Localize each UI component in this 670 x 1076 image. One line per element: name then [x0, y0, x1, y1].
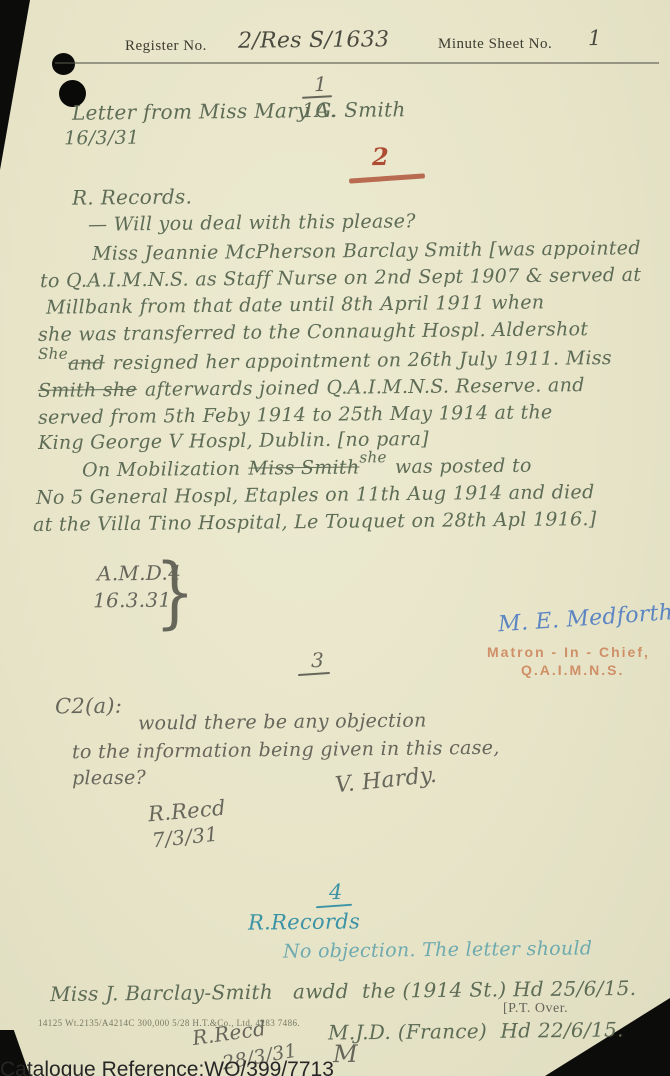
struck-word: Miss Smith — [248, 456, 359, 479]
pt-over-note: [P.T. Over. — [503, 1001, 568, 1017]
minute-sheet-value: 1 — [588, 26, 602, 50]
header-rule — [55, 62, 659, 64]
para-text: afterwards joined Q.A.I.M.N.S. Reserve. … — [145, 374, 585, 401]
minute-3-ref: C2(a): — [55, 694, 122, 719]
minute-3-question-line: to the information being given in this c… — [72, 737, 500, 763]
minute-2-question: — Will you deal with this please? — [88, 210, 416, 235]
minute-1-number: 1 — [314, 72, 327, 96]
brace-mark: } — [155, 548, 195, 638]
minute-2-para-line: On MobilizationMiss Smithshewas posted t… — [82, 455, 532, 482]
matron-stamp-line1: Matron - In - Chief, — [487, 644, 650, 660]
scrawl-mark: M — [333, 1040, 358, 1068]
minute-4-reply: No objection. The letter should — [283, 937, 593, 962]
minute-4-number: 4 — [329, 880, 343, 904]
register-number-value: 2/Res S/1633 — [238, 27, 390, 54]
minute-sheet-label: Minute Sheet No. — [438, 36, 552, 53]
catalogue-reference: Catalogue Reference:WO/399/7713 — [0, 1058, 334, 1076]
printers-imprint: 14125 Wt.2135/A4214C 300,000 5/28 H.T.&C… — [38, 1018, 300, 1028]
award-note-line: M.J.D. (France) Hd 22/6/15. — [328, 1017, 624, 1044]
minute-2-addressee: R. Records. — [72, 184, 192, 209]
struck-word: Smith she — [38, 379, 137, 402]
para-text: On Mobilization — [82, 458, 241, 482]
minute-3-number: 3 — [311, 648, 324, 672]
minute-4-addressee: R.Records — [248, 909, 360, 934]
struck-word: and — [68, 352, 105, 374]
minute-1-subject: Letter from Miss Mary G. Smith — [72, 97, 406, 124]
matron-stamp-line2: Q.A.I.M.N.S. — [521, 662, 624, 678]
inserted-word: She — [38, 345, 68, 363]
inserted-word: she — [359, 448, 387, 466]
minute-3-question-line: please? — [72, 767, 146, 790]
punch-hole — [52, 53, 75, 75]
scanned-minute-sheet: { "colors":{ "paper":"#e8e5c9","ink_gree… — [0, 0, 670, 1076]
register-number-label: Register No. — [125, 38, 207, 55]
minute-3-question-line: would there be any objection — [138, 709, 427, 734]
minute-1-date: 16/3/31 — [64, 127, 140, 150]
minute-1-enclosure-ref: 1A. — [302, 98, 337, 122]
para-text: was posted to — [395, 455, 532, 478]
minute-2-number: 2 — [372, 142, 389, 171]
